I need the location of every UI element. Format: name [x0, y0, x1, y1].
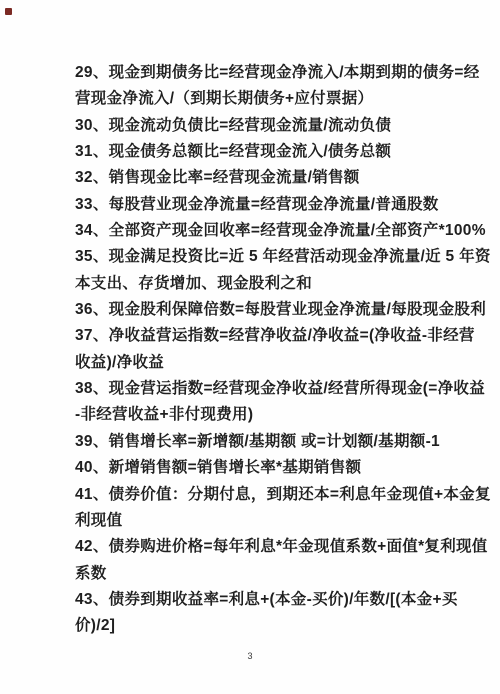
- document-page: 29、现金到期债务比=经营现金净流入/本期到期的债务=经营现金净流入/（到期长期…: [0, 0, 500, 694]
- formula-line: 30、现金流动负债比=经营现金流量/流动负债: [75, 113, 445, 139]
- formula-line: 37、净收益营运指数=经营净收益/净收益=(净收益-非经营: [75, 323, 445, 349]
- formula-line: 系数: [75, 561, 445, 587]
- formula-line: 39、销售增长率=新增额/基期额 或=计划额/基期额-1: [75, 429, 445, 455]
- scan-artifact-mark: [5, 8, 12, 15]
- formula-line: 32、销售现金比率=经营现金流量/销售额: [75, 165, 445, 191]
- formula-line: 38、现金营运指数=经营现金净收益/经营所得现金(=净收益: [75, 376, 445, 402]
- formula-line: 40、新增销售额=销售增长率*基期销售额: [75, 455, 445, 481]
- formula-line: 43、债券到期收益率=利息+(本金-买价)/年数/[(本金+买: [75, 587, 445, 613]
- formula-line: 本支出、存货增加、现金股利之和: [75, 271, 445, 297]
- formula-line: 利现值: [75, 508, 445, 534]
- formula-line: 36、现金股利保障倍数=每股营业现金净流量/每股现金股利: [75, 297, 445, 323]
- formula-list: 29、现金到期债务比=经营现金净流入/本期到期的债务=经营现金净流入/（到期长期…: [75, 60, 445, 640]
- formula-line: 营现金净流入/（到期长期债务+应付票据）: [75, 86, 445, 112]
- formula-line: 41、债券价值：分期付息，到期还本=利息年金现值+本金复: [75, 482, 445, 508]
- formula-line: -非经营收益+非付现费用): [75, 402, 445, 428]
- formula-line: 价)/2]: [75, 613, 445, 639]
- formula-line: 33、每股营业现金净流量=经营现金净流量/普通股数: [75, 192, 445, 218]
- page-number: 3: [0, 651, 500, 661]
- formula-line: 收益)/净收益: [75, 350, 445, 376]
- formula-line: 29、现金到期债务比=经营现金净流入/本期到期的债务=经: [75, 60, 445, 86]
- formula-line: 35、现金满足投资比=近 5 年经营活动现金净流量/近 5 年资: [75, 244, 445, 270]
- formula-line: 34、全部资产现金回收率=经营现金净流量/全部资产*100%: [75, 218, 445, 244]
- formula-line: 42、债券购进价格=每年利息*年金现值系数+面值*复利现值: [75, 534, 445, 560]
- formula-line: 31、现金债务总额比=经营现金流入/债务总额: [75, 139, 445, 165]
